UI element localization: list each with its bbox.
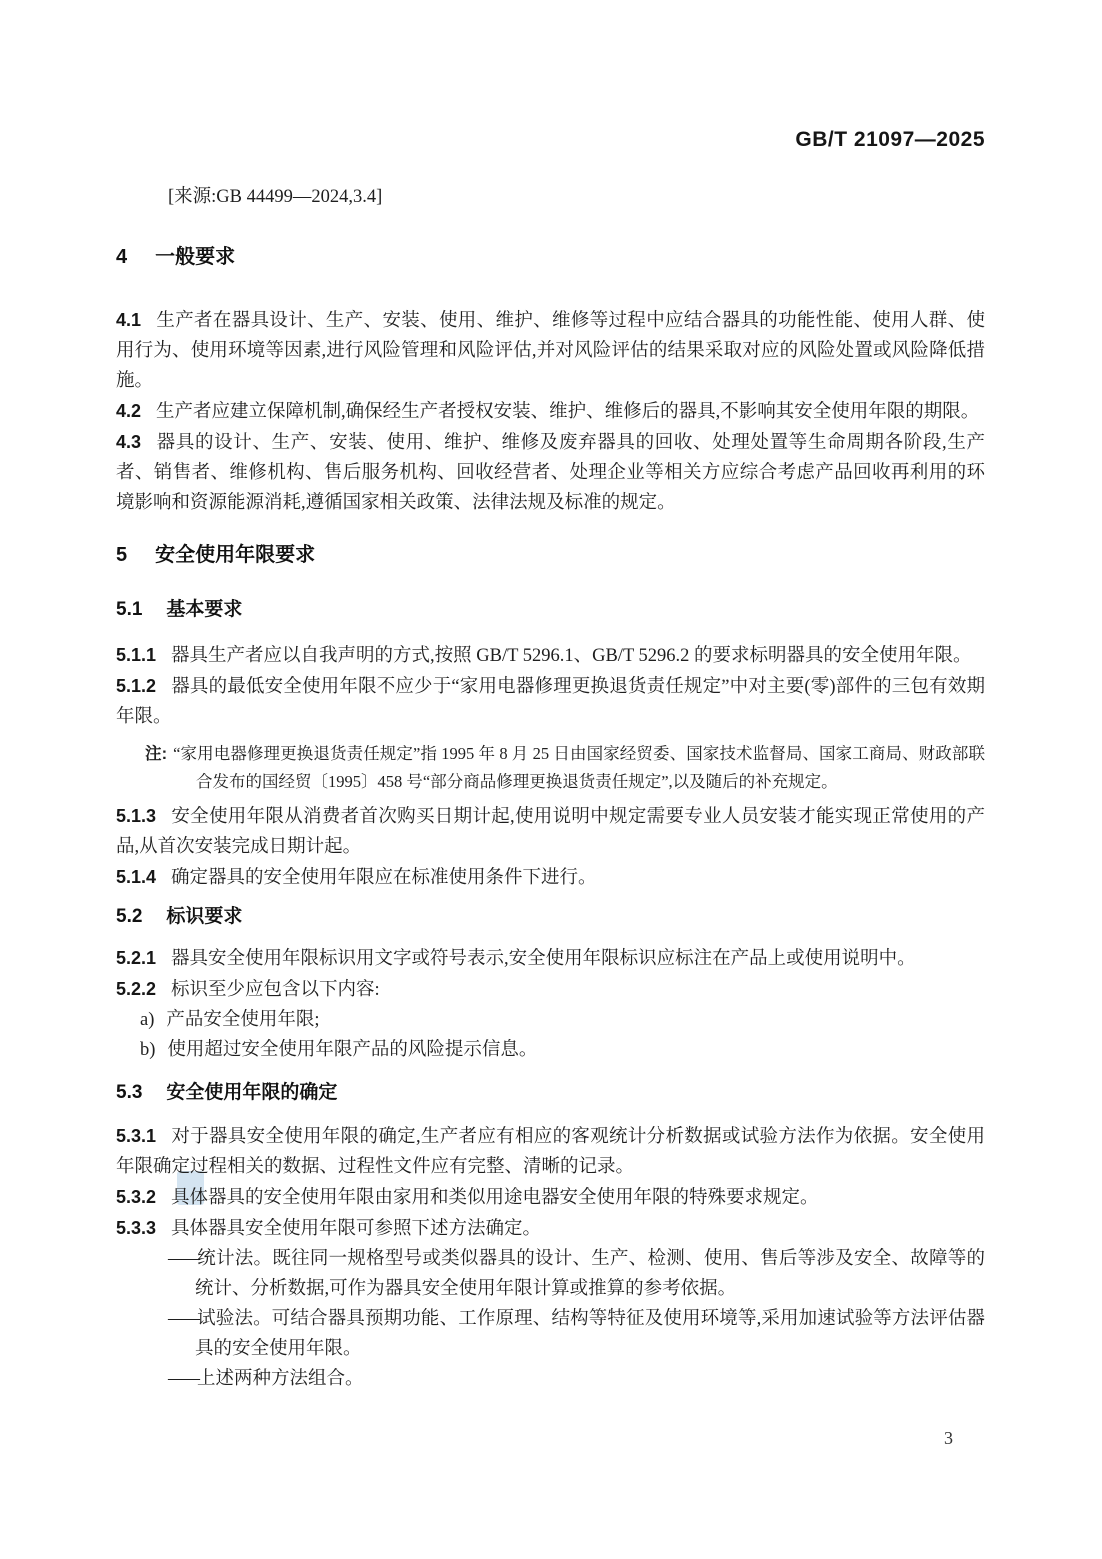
standard-code: GB/T 21097—2025: [116, 128, 985, 152]
clause-4-2: 4.2生产者应建立保障机制,确保经生产者授权安装、维护、维修后的器具,不影响其安…: [116, 396, 985, 427]
dash-marker: ——: [168, 1249, 195, 1269]
section-5-1-heading: 5.1基本要求: [116, 598, 985, 622]
section-5-1-title: 基本要求: [166, 599, 242, 620]
method-item-combined: ——上述两种方法组合。: [116, 1364, 985, 1394]
section-5-number: 5: [116, 544, 127, 566]
list-item-b-marker: b): [140, 1040, 155, 1060]
dash-marker: ——: [168, 1369, 195, 1389]
section-5-3-heading: 5.3安全使用年限的确定: [116, 1081, 985, 1105]
clause-5-2-2: 5.2.2标识至少应包含以下内容:: [116, 974, 985, 1005]
clause-4-1-number: 4.1: [116, 310, 141, 330]
section-5-title: 安全使用年限要求: [155, 544, 315, 566]
clause-4-1-text: 生产者在器具设计、生产、安装、使用、维护、维修等过程中应结合器具的功能性能、使用…: [116, 311, 985, 391]
clause-5-3-1-text: 对于器具安全使用年限的确定,生产者应有相应的客观统计分析数据或试验方法作为依据。…: [116, 1127, 985, 1177]
method-item-combined-text: 上述两种方法组合。: [197, 1369, 364, 1389]
note-text: “家用电器修理更换退货责任规定”指 1995 年 8 月 25 日由国家经贸委、…: [173, 744, 985, 791]
clause-5-2-2-number: 5.2.2: [116, 979, 156, 999]
list-item-a-text: 产品安全使用年限;: [166, 1010, 319, 1030]
clause-5-3-2-text: 具体器具的安全使用年限由家用和类似用途电器安全使用年限的特殊要求规定。: [171, 1188, 819, 1208]
clause-5-2-1: 5.2.1器具安全使用年限标识用文字或符号表示,安全使用年限标识应标注在产品上或…: [116, 943, 985, 974]
page-number: 3: [944, 1428, 953, 1449]
section-4-number: 4: [116, 246, 127, 268]
section-5-3-number: 5.3: [116, 1082, 142, 1103]
clause-4-3: 4.3器具的设计、生产、安装、使用、维护、维修及废弃器具的回收、处理处置等生命周…: [116, 427, 985, 518]
clause-5-1-3-number: 5.1.3: [116, 806, 156, 826]
clause-5-1-1-text: 器具生产者应以自我声明的方式,按照 GB/T 5296.1、GB/T 5296.…: [171, 646, 972, 666]
source-reference: [来源:GB 44499—2024,3.4]: [116, 182, 985, 212]
clause-5-1-2-text: 器具的最低安全使用年限不应少于“家用电器修理更换退货责任规定”中对主要(零)部件…: [116, 677, 985, 727]
list-item-a-marker: a): [140, 1010, 154, 1030]
clause-5-1-1-number: 5.1.1: [116, 645, 156, 665]
dash-marker: ——: [168, 1309, 195, 1329]
clause-5-1-2-number: 5.1.2: [116, 676, 156, 696]
list-item-a: a)产品安全使用年限;: [116, 1005, 985, 1035]
note-block: 注:“家用电器修理更换退货责任规定”指 1995 年 8 月 25 日由国家经贸…: [116, 740, 985, 795]
list-item-b: b)使用超过安全使用年限产品的风险提示信息。: [116, 1035, 985, 1065]
clause-5-3-3: 5.3.3具体器具安全使用年限可参照下述方法确定。: [116, 1213, 985, 1244]
clause-5-3-3-text: 具体器具安全使用年限可参照下述方法确定。: [171, 1219, 541, 1239]
clause-4-1: 4.1生产者在器具设计、生产、安装、使用、维护、维修等过程中应结合器具的功能性能…: [116, 305, 985, 396]
method-item-statistics: ——统计法。既往同一规格型号或类似器具的设计、生产、检测、使用、售后等涉及安全、…: [116, 1244, 985, 1304]
method-item-statistics-text: 统计法。既往同一规格型号或类似器具的设计、生产、检测、使用、售后等涉及安全、故障…: [195, 1249, 985, 1299]
clause-5-3-1-number: 5.3.1: [116, 1126, 156, 1146]
section-5-2-heading: 5.2标识要求: [116, 905, 985, 929]
method-item-test: ——试验法。可结合器具预期功能、工作原理、结构等特征及使用环境等,采用加速试验等…: [116, 1304, 985, 1364]
section-5-1-number: 5.1: [116, 599, 142, 620]
document-page: GB/T 21097—2025 [来源:GB 44499—2024,3.4] 4…: [0, 0, 1102, 1559]
clause-5-1-3: 5.1.3安全使用年限从消费者首次购买日期计起,使用说明中规定需要专业人员安装才…: [116, 801, 985, 862]
clause-5-2-1-text: 器具安全使用年限标识用文字或符号表示,安全使用年限标识应标注在产品上或使用说明中…: [171, 949, 916, 969]
clause-5-1-3-text: 安全使用年限从消费者首次购买日期计起,使用说明中规定需要专业人员安装才能实现正常…: [116, 807, 985, 857]
clause-5-1-4-text: 确定器具的安全使用年限应在标准使用条件下进行。: [171, 868, 597, 888]
clause-5-2-2-text: 标识至少应包含以下内容:: [171, 980, 380, 1000]
clause-5-3-3-number: 5.3.3: [116, 1218, 156, 1238]
clause-4-2-text: 生产者应建立保障机制,确保经生产者授权安装、维护、维修后的器具,不影响其安全使用…: [156, 402, 979, 422]
section-4-heading: 4一般要求: [116, 244, 985, 270]
list-item-b-text: 使用超过安全使用年限产品的风险提示信息。: [167, 1040, 537, 1060]
section-5-2-number: 5.2: [116, 906, 142, 927]
section-5-3-title: 安全使用年限的确定: [166, 1082, 337, 1103]
clause-5-1-4-number: 5.1.4: [116, 867, 156, 887]
method-item-test-text: 试验法。可结合器具预期功能、工作原理、结构等特征及使用环境等,采用加速试验等方法…: [195, 1309, 985, 1359]
clause-5-1-1: 5.1.1器具生产者应以自我声明的方式,按照 GB/T 5296.1、GB/T …: [116, 640, 985, 671]
section-5-2-title: 标识要求: [166, 906, 242, 927]
note-label: 注:: [145, 745, 167, 763]
clause-5-1-4: 5.1.4确定器具的安全使用年限应在标准使用条件下进行。: [116, 862, 985, 893]
clause-5-2-1-number: 5.2.1: [116, 948, 156, 968]
section-5-heading: 5安全使用年限要求: [116, 542, 985, 568]
clause-5-3-2: 5.3.2具体器具的安全使用年限由家用和类似用途电器安全使用年限的特殊要求规定。: [116, 1182, 985, 1213]
clause-5-3-2-number: 5.3.2: [116, 1187, 156, 1207]
clause-5-3-1: 5.3.1对于器具安全使用年限的确定,生产者应有相应的客观统计分析数据或试验方法…: [116, 1121, 985, 1182]
clause-4-2-number: 4.2: [116, 401, 141, 421]
clause-4-3-text: 器具的设计、生产、安装、使用、维护、维修及废弃器具的回收、处理处置等生命周期各阶…: [116, 433, 985, 513]
clause-5-1-2: 5.1.2器具的最低安全使用年限不应少于“家用电器修理更换退货责任规定”中对主要…: [116, 671, 985, 732]
section-4-title: 一般要求: [155, 246, 235, 268]
page-content: GB/T 21097—2025 [来源:GB 44499—2024,3.4] 4…: [116, 0, 985, 1394]
clause-4-3-number: 4.3: [116, 432, 141, 452]
